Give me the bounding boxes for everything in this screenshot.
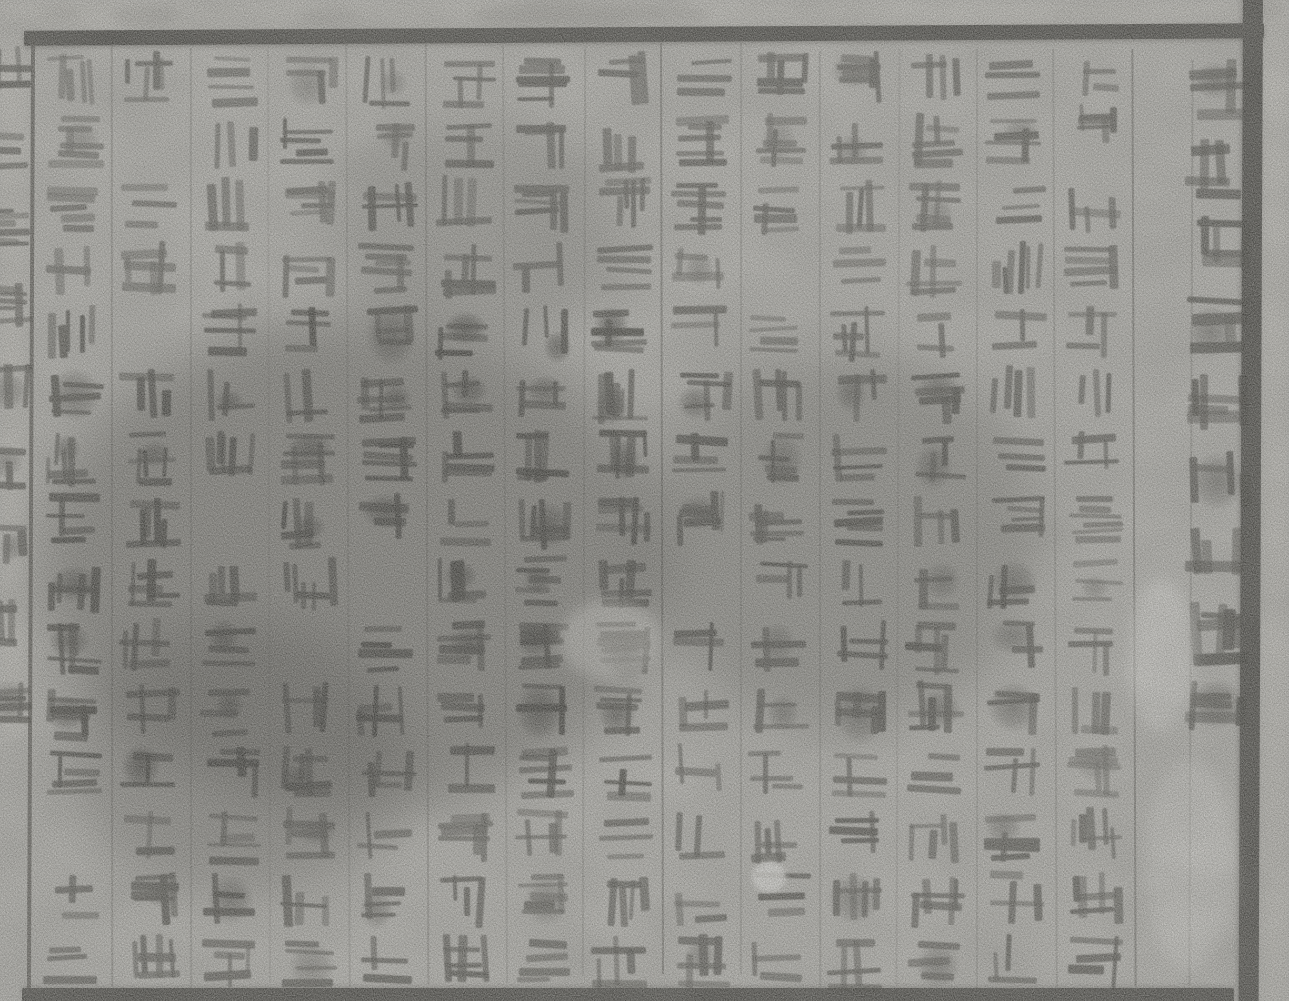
ink-smudge [300, 8, 360, 24]
glyph-blob [754, 50, 810, 109]
glyph-blob [591, 933, 647, 992]
scanned-page: heavily degraded halftone scan; ink smea… [0, 0, 1289, 1001]
glyph-blob [826, 873, 882, 932]
glyph-blob [126, 932, 182, 991]
glyph-blob [984, 114, 1040, 173]
glyph-blob [829, 50, 885, 109]
glyph-blob [204, 51, 260, 110]
glyph-blob [1185, 675, 1247, 740]
glyph-blob [43, 305, 99, 364]
ink-smudge [650, 6, 710, 22]
glyph-blob [910, 302, 966, 361]
column-rule [1131, 49, 1136, 986]
glyph-blob [1077, 54, 1119, 98]
glyph-blob [282, 934, 338, 993]
glyph-blob [203, 116, 259, 175]
glyph-blob [280, 180, 336, 239]
glyph-blob [1187, 447, 1249, 512]
ink-smear [330, 120, 630, 340]
glyph-blob [434, 874, 490, 933]
glyph-blob [1063, 243, 1119, 302]
glyph-blob [48, 114, 104, 173]
glyph-blob [990, 868, 1046, 927]
glyph-blob [0, 677, 33, 727]
glyph-blob [906, 811, 962, 870]
glyph-blob [910, 872, 966, 931]
glyph-blob [0, 44, 34, 94]
glyph-blob [0, 204, 31, 254]
glyph-blob [985, 50, 1041, 109]
glyph-blob [1186, 372, 1248, 437]
glyph-blob [671, 301, 727, 360]
glyph-blob [597, 118, 653, 177]
glyph-blob [1062, 622, 1118, 681]
glyph-blob [48, 365, 104, 424]
glyph-blob [46, 181, 102, 240]
column-rule [1053, 49, 1059, 989]
glyph-blob [515, 873, 571, 932]
glyph-blob [598, 807, 654, 866]
glyph-blob [677, 49, 733, 108]
glyph-blob [202, 175, 258, 234]
glyph-blob [1188, 216, 1250, 281]
glyph-blob [1069, 682, 1125, 741]
glyph-blob [122, 50, 178, 109]
glyph-blob [748, 934, 804, 993]
glyph-blob [991, 303, 1047, 362]
ink-smudge [40, 6, 80, 22]
ink-smudge [470, 2, 660, 26]
ink-smudge [1255, 0, 1285, 18]
glyph-blob [1077, 104, 1119, 148]
glyph-blob [672, 238, 728, 297]
glyph-blob [441, 55, 497, 114]
glyph-blob [0, 598, 31, 648]
glyph-blob [596, 51, 652, 110]
glyph-blob [595, 874, 651, 933]
glyph-blob [1066, 302, 1122, 361]
glyph-blob [1066, 743, 1122, 802]
glyph-blob [597, 746, 653, 805]
worn-patch [1128, 580, 1194, 730]
glyph-blob [830, 238, 886, 297]
glyph-blob [1068, 871, 1124, 930]
worn-patch [752, 862, 786, 892]
glyph-blob [201, 936, 257, 995]
glyph-blob [48, 874, 104, 933]
glyph-blob [906, 744, 962, 803]
glyph-blob [984, 744, 1040, 803]
glyph-blob [984, 810, 1040, 869]
glyph-blob [989, 238, 1045, 297]
glyph-blob [0, 281, 32, 331]
glyph-blob [437, 808, 493, 867]
glyph-blob [985, 932, 1041, 991]
glyph-blob [674, 113, 730, 172]
glyph-blob [906, 243, 962, 302]
worn-patch [560, 600, 660, 680]
glyph-blob [750, 809, 806, 868]
glyph-blob [43, 54, 99, 113]
ink-smear [70, 620, 410, 900]
glyph-blob [827, 936, 883, 995]
glyph-blob [43, 241, 99, 300]
glyph-blob [906, 176, 962, 235]
glyph-blob [512, 807, 568, 866]
glyph-blob [1063, 428, 1119, 487]
glyph-blob [1187, 292, 1249, 357]
glyph-blob [359, 54, 415, 113]
glyph-blob [986, 365, 1042, 424]
glyph-blob [359, 932, 415, 991]
glyph-blob [121, 180, 177, 239]
glyph-blob [1067, 934, 1123, 993]
glyph-blob [670, 807, 726, 866]
glyph-blob [748, 180, 804, 239]
glyph-blob [831, 747, 887, 806]
glyph-blob [907, 936, 963, 995]
glyph-blob [748, 744, 804, 803]
glyph-blob [670, 180, 726, 239]
glyph-blob [676, 933, 732, 992]
glyph-blob [990, 176, 1046, 235]
glyph-blob [121, 240, 177, 299]
glyph-blob [204, 239, 260, 298]
glyph-blob [1188, 58, 1250, 123]
glyph-blob [1069, 556, 1125, 615]
glyph-blob [1066, 807, 1122, 866]
ink-smear [640, 350, 1040, 730]
glyph-blob [831, 179, 887, 238]
glyph-blob [1184, 522, 1246, 587]
glyph-blob [1188, 599, 1250, 664]
glyph-blob [830, 114, 886, 173]
glyph-blob [280, 244, 336, 303]
glyph-blob [358, 871, 414, 930]
glyph-blob [672, 873, 728, 932]
glyph-blob [753, 113, 809, 172]
glyph-blob [42, 935, 98, 994]
glyph-blob [985, 679, 1041, 738]
glyph-blob [279, 115, 335, 174]
glyph-blob [1066, 180, 1122, 239]
glyph-blob [0, 362, 33, 412]
glyph-blob [673, 742, 729, 801]
glyph-blob [906, 53, 962, 112]
glyph-blob [0, 126, 30, 176]
glyph-blob [514, 53, 570, 112]
glyph-blob [516, 937, 572, 996]
ink-smudge [110, 4, 180, 26]
glyph-blob [911, 112, 967, 171]
glyph-blob [1184, 138, 1246, 203]
worn-patch [1145, 760, 1235, 970]
glyph-blob [0, 519, 30, 569]
glyph-blob [1068, 369, 1124, 428]
glyph-blob [1068, 492, 1124, 551]
glyph-blob [828, 811, 884, 870]
glyph-blob [590, 304, 646, 363]
glyph-blob [438, 933, 494, 992]
glyph-blob [283, 52, 339, 111]
glyph-blob [0, 444, 35, 494]
